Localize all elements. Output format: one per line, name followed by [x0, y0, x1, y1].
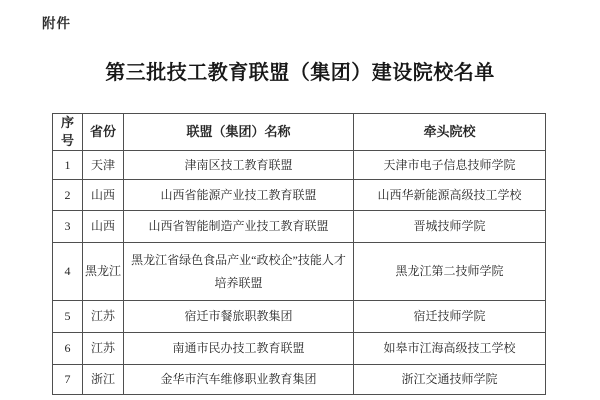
lead-school-cell: 黑龙江第二技师学院	[354, 243, 546, 301]
row-number-cell: 7	[53, 365, 83, 395]
table-row: 3 山西 山西省智能制造产业技工教育联盟 晋城技师学院	[53, 211, 546, 243]
row-number-cell: 1	[53, 151, 83, 180]
alliance-name-cell: 津南区技工教育联盟	[124, 151, 354, 180]
row-number-cell: 6	[53, 333, 83, 365]
alliance-name-cell: 黑龙江省绿色食品产业“政校企”技能人才培养联盟	[124, 243, 354, 301]
table-row: 5 江苏 宿迁市餐旅职教集团 宿迁技师学院	[53, 301, 546, 333]
lead-school-cell: 宿迁技师学院	[354, 301, 546, 333]
province-cell: 黑龙江	[83, 243, 124, 301]
table-row: 1 天津 津南区技工教育联盟 天津市电子信息技师学院	[53, 151, 546, 180]
row-number-cell: 4	[53, 243, 83, 301]
table-row: 7 浙江 金华市汽车维修职业教育集团 浙江交通技师学院	[53, 365, 546, 395]
table-row: 2 山西 山西省能源产业技工教育联盟 山西华新能源高级技工学校	[53, 180, 546, 211]
alliance-table: 序号 省份 联盟（集团）名称 牵头院校 1 天津 津南区技工教育联盟 天津市电子…	[52, 113, 546, 395]
document-page: 附件 第三批技工教育联盟（集团）建设院校名单 序号 省份 联盟（集团）名称 牵头…	[0, 0, 600, 400]
attachment-label: 附件	[42, 12, 71, 32]
alliance-name-cell: 宿迁市餐旅职教集团	[124, 301, 354, 333]
row-number-cell: 2	[53, 180, 83, 211]
column-header-alliance: 联盟（集团）名称	[124, 114, 354, 151]
alliance-name-cell: 金华市汽车维修职业教育集团	[124, 365, 354, 395]
province-cell: 山西	[83, 211, 124, 243]
province-cell: 山西	[83, 180, 124, 211]
column-header-province: 省份	[83, 114, 124, 151]
lead-school-cell: 山西华新能源高级技工学校	[354, 180, 546, 211]
alliance-name-cell: 山西省智能制造产业技工教育联盟	[124, 211, 354, 243]
province-cell: 浙江	[83, 365, 124, 395]
province-cell: 江苏	[83, 333, 124, 365]
table-row: 4 黑龙江 黑龙江省绿色食品产业“政校企”技能人才培养联盟 黑龙江第二技师学院	[53, 243, 546, 301]
table-header-row: 序号 省份 联盟（集团）名称 牵头院校	[53, 114, 546, 151]
lead-school-cell: 天津市电子信息技师学院	[354, 151, 546, 180]
row-number-cell: 5	[53, 301, 83, 333]
province-cell: 天津	[83, 151, 124, 180]
lead-school-cell: 晋城技师学院	[354, 211, 546, 243]
lead-school-cell: 浙江交通技师学院	[354, 365, 546, 395]
column-header-school: 牵头院校	[354, 114, 546, 151]
column-header-index: 序号	[53, 114, 83, 151]
alliance-name-cell: 山西省能源产业技工教育联盟	[124, 180, 354, 211]
alliance-name-cell: 南通市民办技工教育联盟	[124, 333, 354, 365]
page-title: 第三批技工教育联盟（集团）建设院校名单	[0, 56, 600, 85]
table-row: 6 江苏 南通市民办技工教育联盟 如皋市江海高级技工学校	[53, 333, 546, 365]
row-number-cell: 3	[53, 211, 83, 243]
province-cell: 江苏	[83, 301, 124, 333]
lead-school-cell: 如皋市江海高级技工学校	[354, 333, 546, 365]
